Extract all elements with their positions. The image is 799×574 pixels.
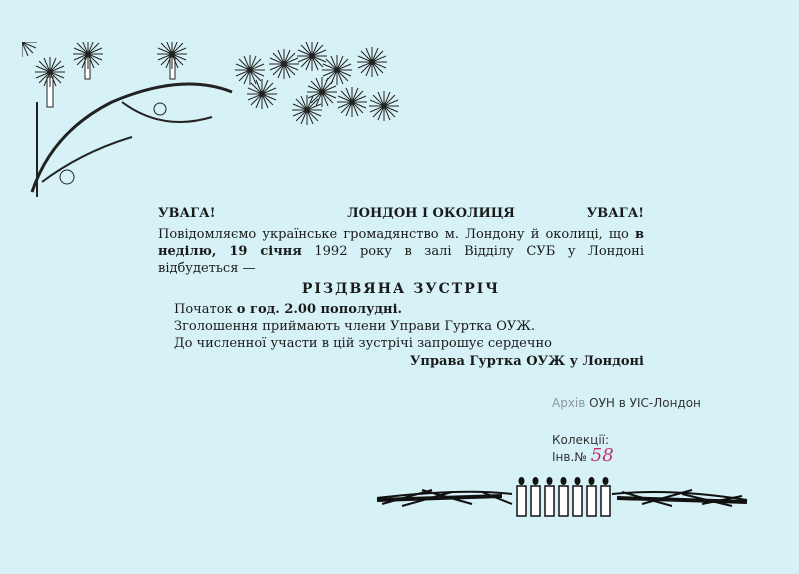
start-time: Початок о год. 2.00 пополудні.	[174, 301, 644, 318]
christmas-branch-candles-stars-icon	[22, 42, 412, 202]
header-center: ЛОНДОН І ОКОЛИЦЯ	[347, 206, 515, 224]
event-title: РІЗДВЯНА ЗУСТРІЧ	[158, 281, 644, 301]
invitation-line: До численної участи в цій зустрічі запро…	[174, 335, 644, 352]
collection-stamp: Колекції: Інв.№58	[552, 432, 614, 465]
inventory-number: 58	[591, 445, 614, 466]
announcement: УВАГА! ЛОНДОН І ОКОЛИЦЯ УВАГА! Повідомля…	[158, 206, 644, 369]
intro-paragraph: Повідомляємо українське громадянство м. …	[158, 226, 644, 277]
archive-stamp: Архів ОУН в УІС-Лондон	[552, 396, 701, 410]
signature: Управа Гуртка ОУЖ у Лондоні	[158, 354, 644, 369]
header-left: УВАГА!	[158, 206, 215, 224]
header-right: УВАГА!	[587, 206, 644, 224]
registration-line: Зголошення приймають члени Управи Гуртка…	[174, 318, 644, 335]
inventory-line: Інв.№58	[552, 448, 614, 465]
scanned-flyer: УВАГА! ЛОНДОН І ОКОЛИЦЯ УВАГА! Повідомля…	[0, 0, 799, 574]
pine-garland-candles-icon	[372, 470, 752, 522]
